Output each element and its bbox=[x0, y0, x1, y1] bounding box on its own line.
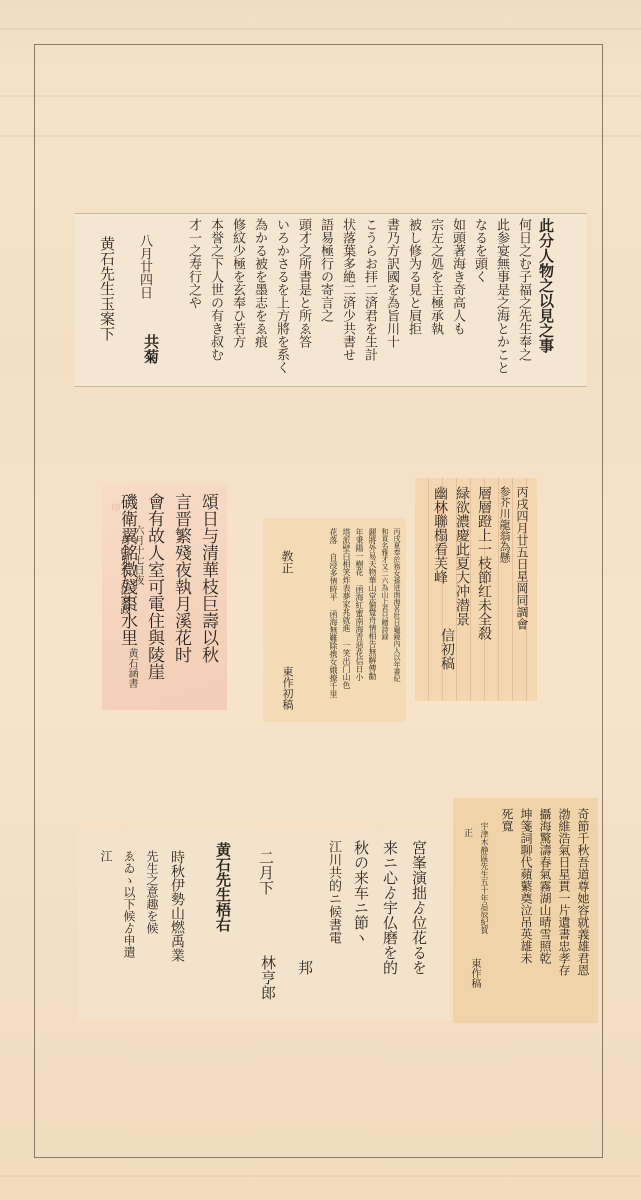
letter-column: 為かる被を墨志をゑ痕 bbox=[250, 218, 269, 384]
letter-date: 二月下 bbox=[256, 850, 277, 895]
letter-corner-mark: 正 bbox=[461, 828, 474, 837]
pink-letter-panel: 印 頌日与清華枝巨壽以秋 言晋繁殘夜執月溪花时 會有故人室可電住與陵崖 磯衛翼銘… bbox=[102, 483, 227, 710]
letter-column: 花落 自浸多情時平 函海無難除携女娥撩千里 bbox=[328, 528, 339, 718]
letter-column: 言晋繁殘夜執月溪花时 bbox=[169, 493, 194, 703]
letter-column: 頭才之所書是と所ゑ答 bbox=[294, 218, 313, 384]
letter-column: 参芥川龍翁為懸 bbox=[496, 486, 512, 696]
letter-signature: 黄石涵書 bbox=[124, 648, 139, 688]
letter-column: 書乃方訳國を為旨川十 bbox=[382, 218, 401, 384]
letter-column: 渤維浩氣日星貫一片遺書忠孝存 bbox=[556, 808, 573, 1018]
letter-heading: 教正 bbox=[279, 550, 296, 574]
right-letter-panel: 富貴神仙 丙戌四月廿五日星岡同調會 参芥川龍翁為懸 層層蹬上一枝節红未全殺 緑欲… bbox=[415, 478, 537, 701]
letter-addressee: 黄石先生梧右 bbox=[213, 842, 234, 932]
letter-column: 修紋少極を玄奉ひ若方 bbox=[228, 218, 247, 384]
bottom-left-letter-panel: 宮峯演拙ゟ位花るを 来ニ心ゟ宇仏磨を的 秋の来车ニ節ヽ 江川共的ニ候書電 邦 二… bbox=[78, 830, 450, 1020]
letter-column: こうらお拝二済君を生計 bbox=[360, 218, 379, 384]
letter-column: 會有故人室可電住與陵崖 bbox=[142, 493, 167, 703]
letter-column: 攝海驚濤春氣霧湖山晴雪照乾 bbox=[537, 808, 554, 1018]
postscript-column: 江 bbox=[98, 850, 115, 1015]
letter-column: 秋の来车ニ節ヽ bbox=[351, 840, 372, 1015]
letter-column: 邦 bbox=[295, 840, 316, 1015]
letter-column: 如頭著海き奇高人も bbox=[448, 218, 467, 384]
letter-signature: 東作初稿 bbox=[279, 666, 295, 710]
postscript-column: 先生之意趣を候 bbox=[144, 850, 161, 1015]
paper-crease bbox=[0, 28, 641, 30]
postscript-column: ゑゐゝ以下候ゟ申遣 bbox=[121, 850, 138, 1015]
letter-dedication: 丹山兄大人法家政 bbox=[116, 535, 131, 615]
letter-signature: 東作稿 bbox=[467, 958, 482, 988]
letter-column: 語易極行の寄言之 bbox=[316, 218, 335, 384]
letter-column: 被し修为る見と屓拒 bbox=[404, 218, 423, 384]
letter-column: 和貢名雅才又二六為山上君只贈詩録 bbox=[380, 528, 390, 718]
middle-letter-panel: 丙戌夏奉於務女孫迸南海茗壯日龜鏡內人以年書紀 和貢名雅才又二六為山上君只贈詩録 … bbox=[263, 518, 406, 722]
letter-column: 来ニ心ゟ宇仏磨を的 bbox=[380, 840, 401, 1015]
letter-addressee: 黄石先生玉案下 bbox=[97, 236, 118, 341]
letter-subtitle: 宇津木静區先生五十年忌辰紀賀 bbox=[479, 822, 490, 934]
letter-column: 奇節千秋吾道尊她容就義雄君恩 bbox=[575, 808, 592, 1018]
letter-column: 層層蹬上一枝節红未全殺 bbox=[474, 486, 494, 696]
top-letter-panel: 此分人物之以見之事 何日之む子福之先生奉之 此参宴無事是之海とかこと なるを頭く… bbox=[75, 213, 587, 387]
letter-column: 才一之寿行之や bbox=[184, 218, 203, 384]
letter-column: 江川共的ニ候書電 bbox=[324, 840, 343, 1015]
letter-column: 頌日与清華枝巨壽以秋 bbox=[196, 493, 221, 703]
paper-crease bbox=[0, 1175, 641, 1177]
letter-date: 八月廿四日 bbox=[135, 234, 154, 299]
letter-column: なるを頭く bbox=[470, 218, 489, 384]
letter-column: 宮峯演拙ゟ位花るを bbox=[409, 840, 430, 1015]
letter-column: いろかさるを上方將を系く bbox=[272, 218, 291, 384]
letter-column: 此参宴無事是之海とかこと bbox=[492, 218, 511, 384]
letter-column: 丙戌夏奉於務女孫迸南海茗壯日龜鏡內人以年書紀 bbox=[392, 528, 402, 718]
letter-column: 何日之む子福之先生奉之 bbox=[514, 218, 533, 384]
letter-column: 宗左之処を主極承執 bbox=[426, 218, 445, 384]
letter-signature: 共菊 bbox=[141, 334, 162, 364]
letter-column: 丙戌四月廿五日星岡同調會 bbox=[514, 486, 531, 696]
letter-column: 此分人物之以見之事 bbox=[536, 218, 557, 384]
letter-column: 麗將外易天物華山堂倫覺舟情相告無解傳勸 bbox=[367, 528, 378, 718]
letter-date: 六月十七日夜 bbox=[130, 525, 145, 585]
letter-column: 状落葉多絶二済少共書せ bbox=[338, 218, 357, 384]
letter-signature: 信初稿 bbox=[437, 628, 457, 670]
letter-column: 年秉陽一樹花 函海紅蜜南海青惡花信日小 bbox=[354, 528, 365, 718]
bottom-right-letter-panel: 奇節千秋吾道尊她容就義雄君恩 渤維浩氣日星貫一片遺書忠孝存 攝海驚濤春氣霧湖山晴… bbox=[453, 798, 598, 1023]
letter-column: 塔派壁白相笑炸表夢家兆就進 一笑出门山色 bbox=[341, 528, 352, 718]
letter-sender: 林亨郎 bbox=[258, 955, 279, 1000]
postscript-column: 時秋伊勢山燃禹業 bbox=[167, 850, 187, 1015]
letter-column: 坤箋詞聊代蘋蘩奠泣吊英雄未 bbox=[518, 808, 535, 1018]
letter-column: 本誉之下人世の有き叔む bbox=[206, 218, 225, 384]
letter-column: 死寬 bbox=[499, 808, 516, 1018]
